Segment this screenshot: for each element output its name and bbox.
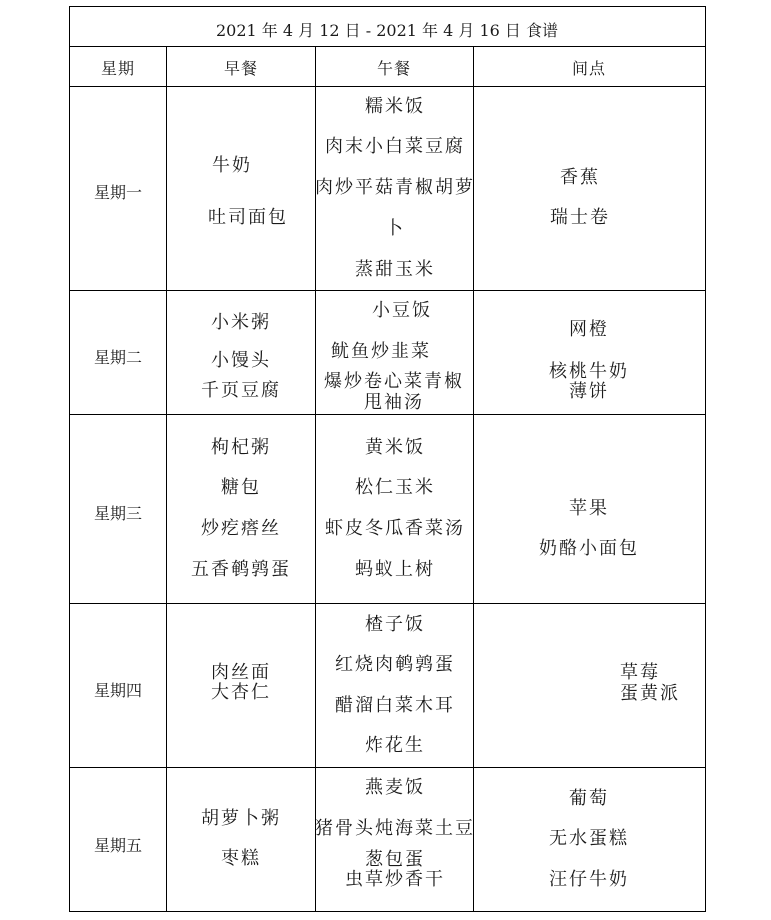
lunch-item: 黄米饭 [365,437,425,459]
snack-item: 瑞士卷 [550,207,610,229]
lunch-item: 肉末小白菜豆腐 [325,136,465,158]
table-border-left [69,6,70,912]
breakfast-item: 大杏仁 [211,682,271,704]
lunch-item: 燕麦饭 [365,777,425,799]
snack-item: 核桃牛奶 [549,361,629,383]
col-divider-3 [473,46,474,912]
breakfast-item: 炒疙瘩丝 [201,518,281,540]
snack-item: 草莓 [620,662,660,684]
breakfast-item: 牛奶 [212,155,252,177]
snack-item: 香蕉 [560,167,600,189]
lunch-item: 小豆饭 [372,300,432,322]
header-lunch: 午餐 [377,58,411,80]
lunch-item: 炸花生 [365,735,425,757]
row-divider-4 [69,767,706,768]
snack-item: 蛋黄派 [620,683,680,705]
breakfast-item: 小馒头 [211,350,271,372]
row-divider-1 [69,290,706,291]
breakfast-item: 胡萝卜粥 [201,808,281,830]
day-cell: 星期一 [94,182,142,204]
menu-title: 2021 年 4 月 12 日 - 2021 年 4 月 16 日 食谱 [69,20,705,42]
lunch-item: 醋溜白菜木耳 [335,695,455,717]
lunch-item: 糯米饭 [365,96,425,118]
breakfast-item: 五香鹌鹑蛋 [191,559,291,581]
row-divider-3 [69,603,706,604]
day-cell: 星期四 [94,680,142,702]
table-border-right [705,6,706,912]
lunch-item: 卜 [385,218,405,240]
snack-item: 苹果 [569,498,609,520]
snack-item: 网橙 [569,319,609,341]
header-snack: 间点 [572,58,606,80]
snack-item: 无水蛋糕 [549,828,629,850]
lunch-item: 虾皮冬瓜香菜汤 [325,518,465,540]
breakfast-item: 千页豆腐 [201,380,281,402]
breakfast-item: 枣糕 [221,848,261,870]
lunch-item: 甩袖汤 [364,392,424,414]
snack-item: 汪仔牛奶 [549,869,629,891]
breakfast-item: 吐司面包 [208,207,288,229]
col-divider-2 [315,46,316,912]
lunch-item: 松仁玉米 [355,477,435,499]
breakfast-item: 枸杞粥 [211,437,271,459]
lunch-item: 虫草炒香干 [345,869,445,891]
header-divider [69,86,706,87]
header-weekday: 星期 [101,58,135,80]
breakfast-item: 糖包 [221,477,261,499]
lunch-item: 蚂蚁上树 [355,559,435,581]
breakfast-item: 小米粥 [211,312,271,334]
table-border-bottom [69,911,706,912]
lunch-item: 红烧肉鹌鹑蛋 [335,654,455,676]
snack-item: 薄饼 [569,381,609,403]
lunch-item: 肉炒平菇青椒胡萝 [315,177,475,199]
lunch-item: 猪骨头炖海菜土豆 [315,818,475,840]
snack-item: 葡萄 [569,788,609,810]
lunch-item: 鱿鱼炒韭菜 [331,341,431,363]
title-divider [69,46,706,47]
lunch-item: 蒸甜玉米 [355,259,435,281]
header-breakfast: 早餐 [224,58,258,80]
day-cell: 星期五 [94,835,142,857]
day-cell: 星期三 [94,503,142,525]
day-cell: 星期二 [94,347,142,369]
lunch-item: 葱包蛋 [365,849,425,871]
col-divider-1 [166,46,167,912]
row-divider-2 [69,414,706,415]
snack-item: 奶酪小面包 [539,538,639,560]
table-border-top [69,6,706,7]
breakfast-item: 肉丝面 [211,662,271,684]
lunch-item: 爆炒卷心菜青椒 [324,371,464,393]
lunch-item: 楂子饭 [365,614,425,636]
